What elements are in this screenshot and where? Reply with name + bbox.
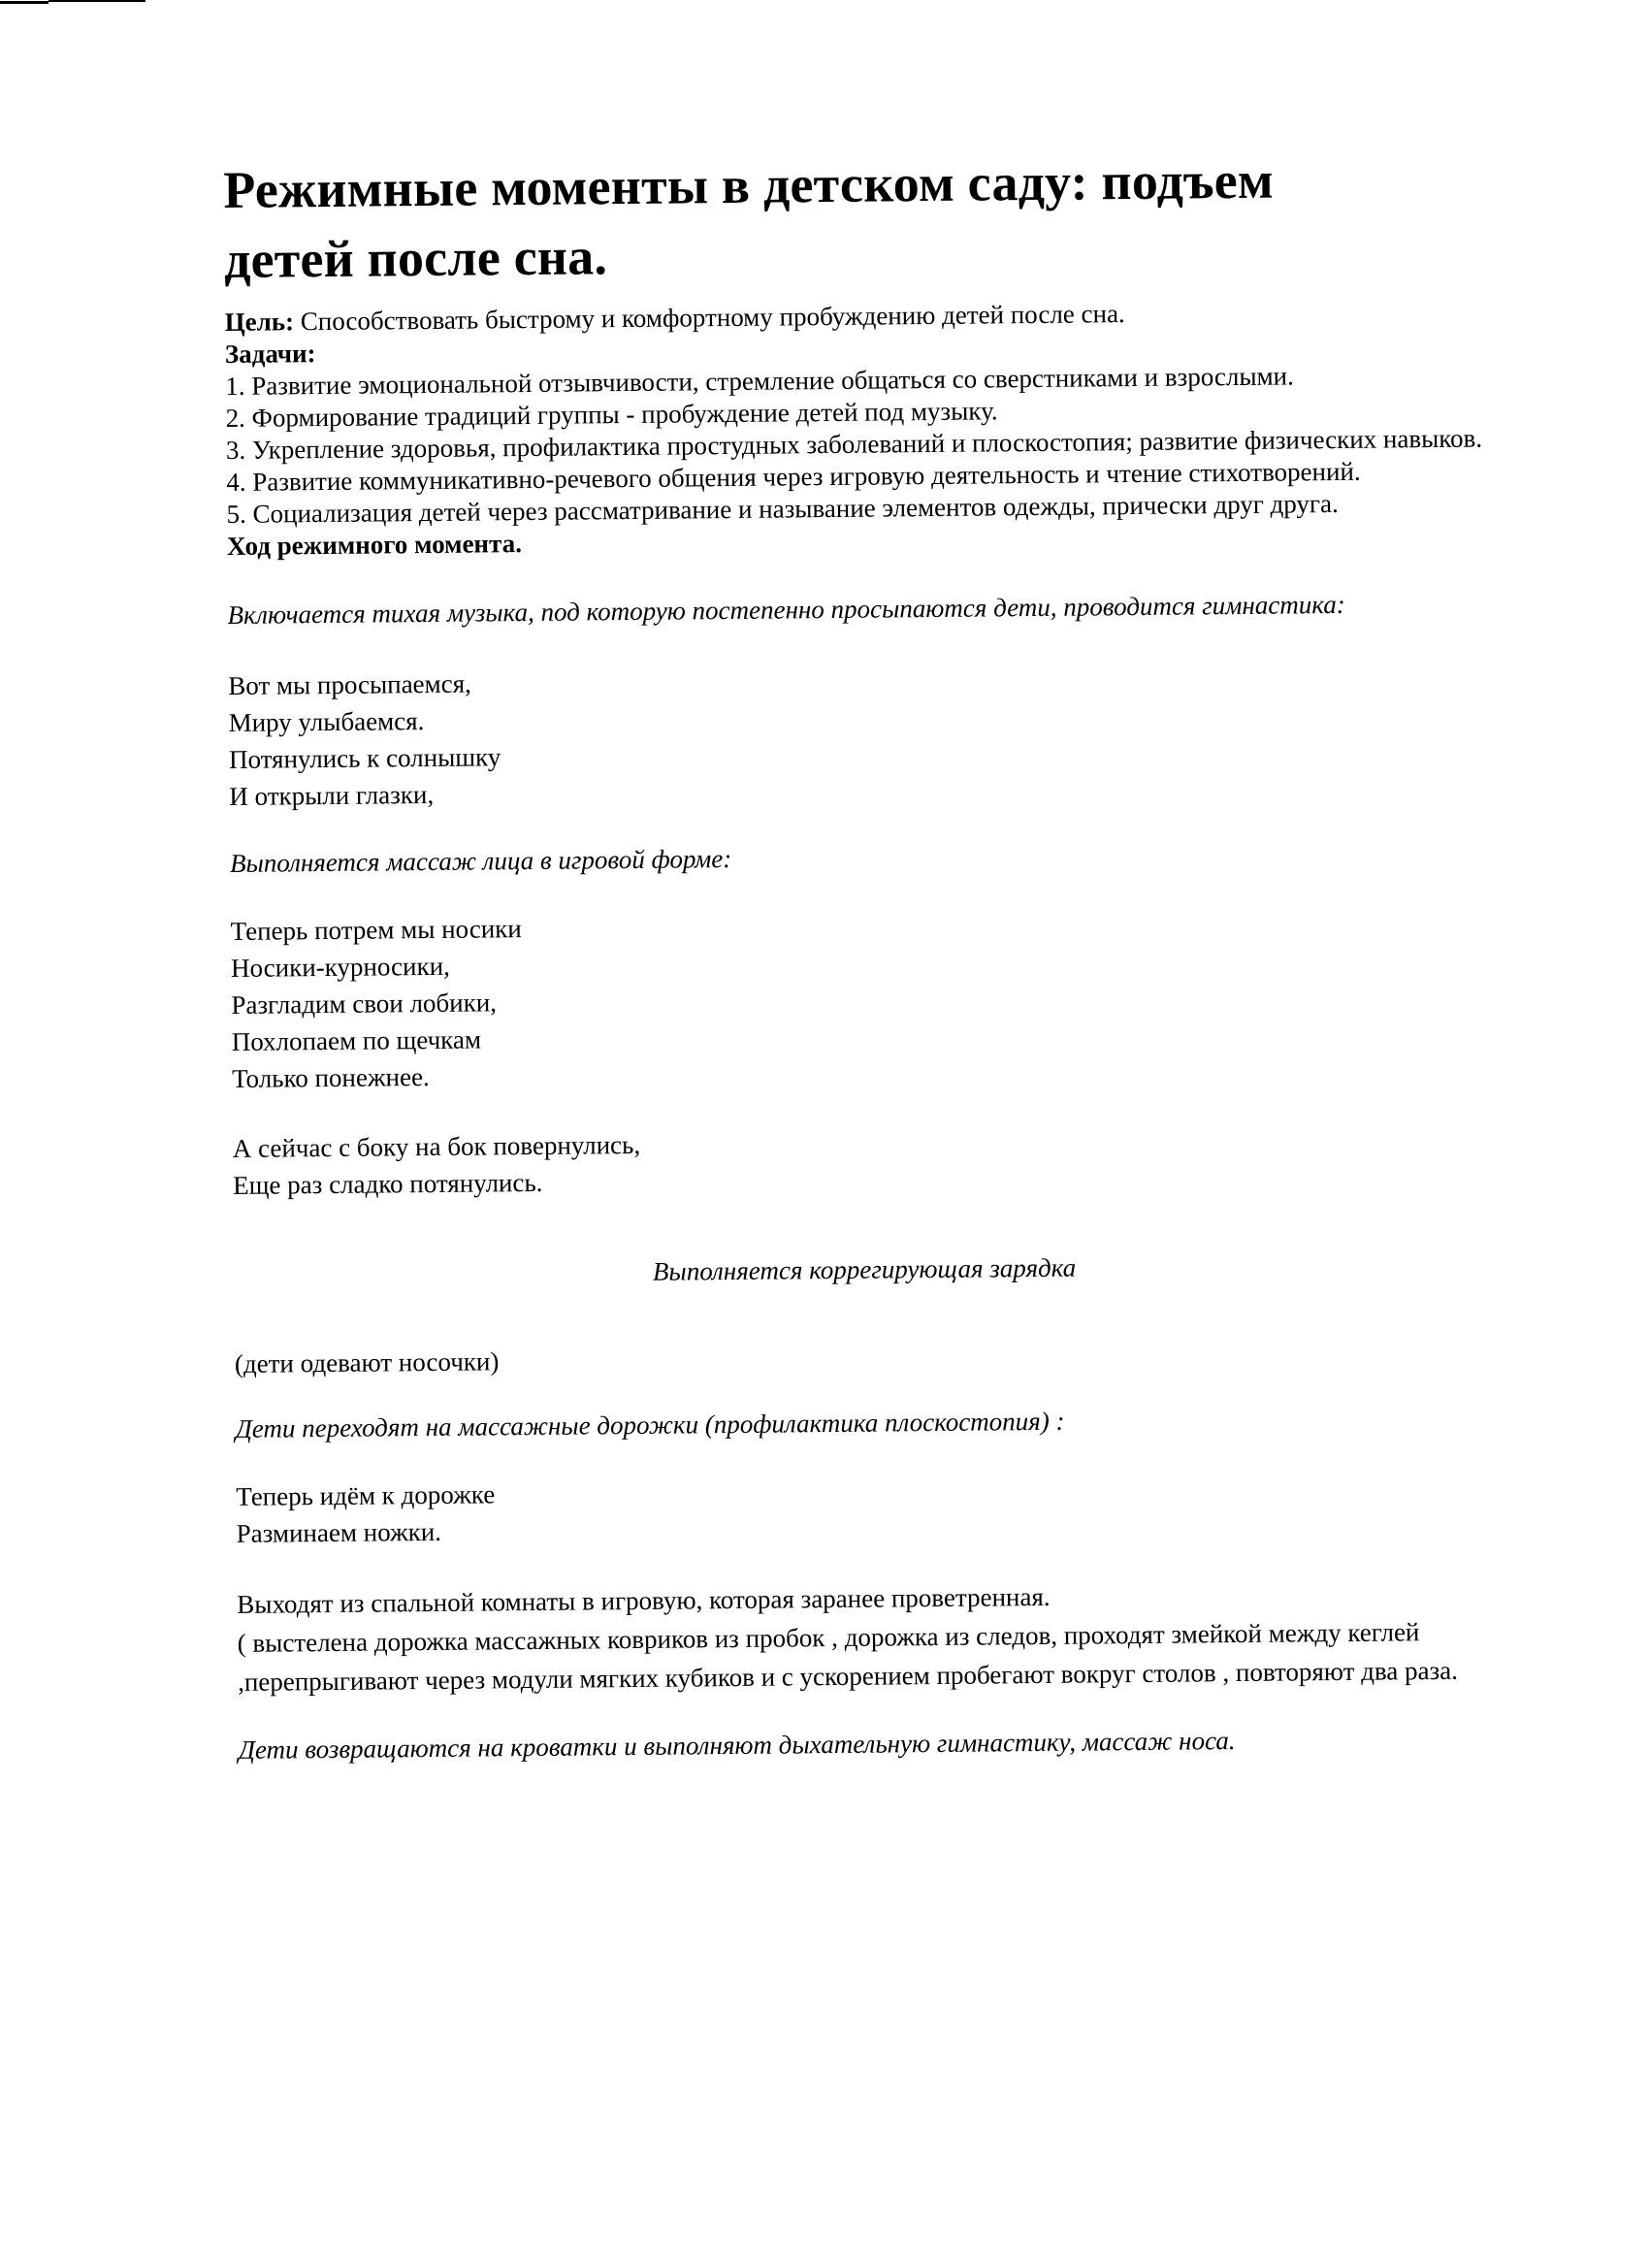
goal-text: Способствовать быстрому и комфортному пр… bbox=[294, 299, 1125, 336]
title-line-1: Режимные моменты в детском саду: подъем bbox=[223, 151, 1274, 219]
poem-face-massage: Теперь потрем мы носики Носики-курносики… bbox=[230, 900, 1493, 1096]
tasks-list: 1. Развитие эмоциональной отзывчивости, … bbox=[225, 359, 1488, 531]
scan-artifact bbox=[0, 1, 48, 4]
document-page: Режимные моменты в детском саду: подъем … bbox=[223, 144, 1500, 1766]
poem-wake-up: Вот мы просыпаемся, Миру улыбаемся. Потя… bbox=[228, 655, 1490, 814]
title-line-2: детей после сна. bbox=[224, 227, 608, 289]
poem-turn-over: А сейчас с боку на бок повернулись, Еще … bbox=[233, 1118, 1495, 1203]
document-title: Режимные моменты в детском саду: подъем … bbox=[223, 144, 1485, 295]
scan-artifact bbox=[48, 0, 145, 2]
exit-paragraph: Выходят из спальной комнаты в игровую, к… bbox=[237, 1572, 1499, 1701]
goal-label: Цель: bbox=[225, 307, 295, 337]
poem-walk: Теперь идём к дорожке Разминаем ножки. bbox=[236, 1466, 1498, 1551]
